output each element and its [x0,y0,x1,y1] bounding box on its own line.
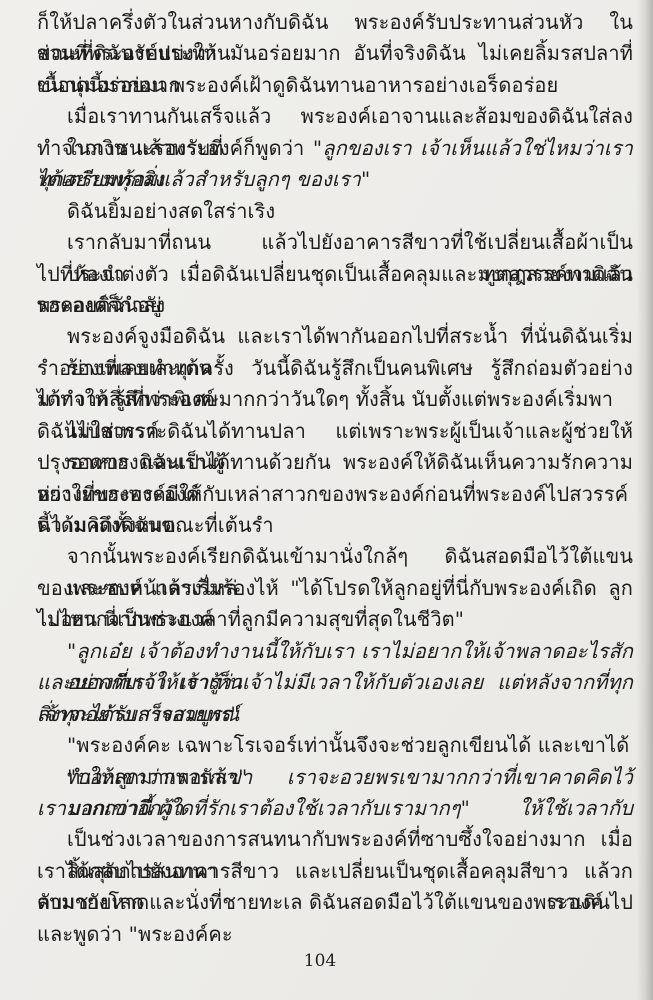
text-line-14: ไม่ใช่เพราะดิฉันได้ทานปลา แต่เพราะพระผู้… [37,416,633,447]
text-line-19: ของพระองค์ แล้วเริ่มร้องไห้ "ได้โปรดให้ล… [37,573,633,604]
text-line-12: รำอย่างที่เคยทำทุกครั้ง วันนี้ดิฉันรู้สึ… [37,353,633,384]
text-line-28: เราได้กลับไปยังอาคารสีขาว และเปลี่ยนเป็น… [37,856,633,887]
text-line-6: ทุกอย่างพร้อมแล้วสำหรับลูกๆ ของเรา" [37,164,633,195]
book-page: ก็ให้ปลาครึ่งตัวในส่วนหางกับดิฉัน พระองค… [0,0,653,1000]
text-run: รอคอยดิฉันอยู่ [37,293,162,317]
text-run: ไปไหน นี่เป็นช่วงเวลาที่ลูกมีความสุขที่ส… [37,607,464,631]
text-line-21: "ลูกเอ๋ย เจ้าต้องทำงานนี้ให้กับเรา เราไม… [37,636,633,667]
page-text: ก็ให้ปลาครึ่งตัวในส่วนหางกับดิฉัน พระองค… [37,7,633,919]
text-line-15: ปรุงอาหาร และเราได้ทานด้วยกัน พระองค์ให้… [37,447,633,478]
text-line-3: ขนาดนี้มาก่อน พระองค์เฝ้าดูดิฉันทานอาหาร… [37,70,633,101]
text-line-10: รอคอยดิฉันอยู่ [37,290,633,321]
text-line-8: เรากลับมาที่ถนน แล้วไปยังอาคารสีขาวที่ใช… [37,227,633,258]
text-run: ขนาดนี้มาก่อน พระองค์เฝ้าดูดิฉันทานอาหาร… [37,73,558,97]
quoted-speech-italic-run: เรามากกว่านี้ ผู้ใดที่รักเราต้องใช้เวลาก… [37,796,470,820]
text-line-17: นี้ได้มาถึงดิฉันขณะที่เต้นรำ [37,510,633,541]
text-line-16: อย่างที่พระองค์มีให้กับเหล่าสาวกของพระอง… [37,479,633,510]
text-line-24: "พระองค์คะ เฉพาะโรเจอร์เท่านั้นจึงจะช่วย… [37,730,633,761]
text-line-4: เมื่อเราทานกันเสร็จแล้ว พระองค์เอาจานและ… [37,101,633,132]
text-line-11: พระองค์จูงมือดิฉัน และเราได้พากันออกไปที… [37,321,633,352]
text-line-27: เป็นช่วงเวลาของการสนทนากับพระองค์ที่ซาบซ… [37,824,633,855]
text-run: ทำจากเงิน แล้วพระองค์ก็พูดว่า [37,136,313,160]
text-line-1: ก็ให้ปลาครึ่งตัวในส่วนหางกับดิฉัน พระองค… [37,7,633,38]
text-line-22: และบอกกับเจ้า เรารู้ว่าเจ้าไม่มีเวลาให้ก… [37,667,633,698]
text-line-23: เจ้าจะได้รับการอวยพร" [37,699,633,730]
page-number: 104 [0,951,640,971]
text-run: นี้ได้มาถึงดิฉันขณะที่เต้นรำ [37,513,274,537]
page-edge-shadow [636,0,653,1000]
text-line-29: ตามชายหาดและนั่งที่ชายทะเล ดิฉันสอดมือไว… [37,887,633,918]
text-run: ดิฉันยิ้มอย่างสดใสร่าเริง [67,199,275,223]
text-line-25: "บอกเขาว่าเรารักเขา เราจะอวยพรเขามากกว่า… [37,762,633,793]
text-line-20: ไปไหน นี่เป็นช่วงเวลาที่ลูกมีความสุขที่ส… [37,604,633,635]
quoted-speech-italic-run: เจ้าจะได้รับการอวยพร" [37,702,240,726]
text-line-2: ส่วนที่พระองค์แบ่งให้ มันอร่อยมาก อันที่… [37,38,633,69]
text-line-7: ดิฉันยิ้มอย่างสดใสร่าเริง [37,196,633,227]
quoted-speech-italic-run: ทุกอย่างพร้อมแล้วสำหรับลูกๆ ของเรา" [37,167,370,191]
text-line-13: ได้ทำให้ รู้สึกว่าพิเศษมากกว่าวันใดๆ ทั้… [37,384,633,415]
text-line-9: ไปที่ห้องแต่งตัว เมื่อดิฉันเปลี่ยนชุดเป็… [37,259,633,290]
text-run: ตามชายหาดและนั่งที่ชายทะเล ดิฉันสอดมือไว… [37,890,604,945]
text-line-5: ทำจากเงิน แล้วพระองค์ก็พูดว่า "ลูกของเรา… [37,133,633,164]
text-line-18: จากนั้นพระองค์เรียกดิฉันเข้ามานั่งใกล้ๆ … [37,541,633,572]
